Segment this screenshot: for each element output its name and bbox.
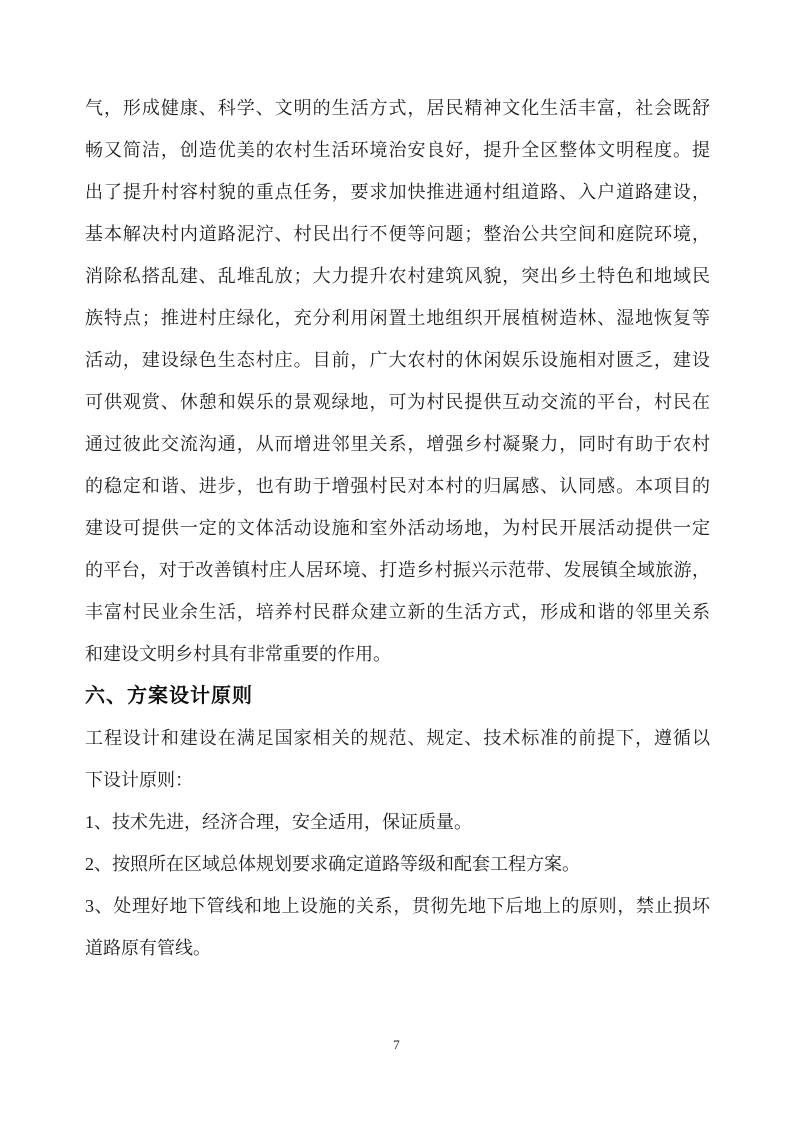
paragraph1-line: 可供观赏、休憩和娱乐的景观绿地，可为村民提供互动交流的平台，村民在	[85, 381, 710, 423]
paragraph2-line: 下设计原则：	[85, 759, 710, 801]
paragraph1-line: 和建设文明乡村具有非常重要的作用。	[85, 633, 710, 675]
principle-item-3-line: 道路原有管线。	[85, 927, 710, 969]
principle-item-1: 1、技术先进，经济合理，安全适用，保证质量。	[85, 801, 710, 843]
paragraph1-line: 通过彼此交流沟通，从而增进邻里关系，增强乡村凝聚力，同时有助于农村	[85, 423, 710, 465]
paragraph2-line: 工程设计和建设在满足国家相关的规范、规定、技术标准的前提下，遵循以	[85, 717, 710, 759]
paragraph1-line: 基本解决村内道路泥泞、村民出行不便等问题；整治公共空间和庭院环境，	[85, 213, 710, 255]
paragraph1-line: 气，形成健康、科学、文明的生活方式，居民精神文化生活丰富，社会既舒	[85, 87, 710, 129]
document-page: 气，形成健康、科学、文明的生活方式，居民精神文化生活丰富，社会既舒 畅又简洁，创…	[0, 0, 793, 1122]
paragraph1-line: 丰富村民业余生活，培养村民群众建立新的生活方式，形成和谐的邻里关系	[85, 591, 710, 633]
paragraph1-line: 的平台，对于改善镇村庄人居环境、打造乡村振兴示范带、发展镇全域旅游，	[85, 549, 710, 591]
paragraph1-line: 活动，建设绿色生态村庄。目前，广大农村的休闲娱乐设施相对匮乏，建设	[85, 339, 710, 381]
principle-item-2: 2、按照所在区域总体规划要求确定道路等级和配套工程方案。	[85, 843, 710, 885]
page-number: 7	[0, 1036, 793, 1054]
principle-item-3-line: 3、处理好地下管线和地上设施的关系，贯彻先地下后地上的原则，禁止损坏	[85, 885, 710, 927]
section-heading: 六、方案设计原则	[85, 675, 710, 717]
paragraph1-line: 消除私搭乱建、乱堆乱放；大力提升农村建筑风貌，突出乡土特色和地域民	[85, 255, 710, 297]
paragraph1-line: 族特点；推进村庄绿化，充分利用闲置土地组织开展植树造林、湿地恢复等	[85, 297, 710, 339]
paragraph1-line: 畅又简洁，创造优美的农村生活环境治安良好，提升全区整体文明程度。提	[85, 129, 710, 171]
document-body: 气，形成健康、科学、文明的生活方式，居民精神文化生活丰富，社会既舒 畅又简洁，创…	[85, 87, 710, 969]
paragraph1-line: 建设可提供一定的文体活动设施和室外活动场地，为村民开展活动提供一定	[85, 507, 710, 549]
paragraph1-line: 的稳定和谐、进步，也有助于增强村民对本村的归属感、认同感。本项目的	[85, 465, 710, 507]
paragraph1-line: 出了提升村容村貌的重点任务，要求加快推进通村组道路、入户道路建设，	[85, 171, 710, 213]
